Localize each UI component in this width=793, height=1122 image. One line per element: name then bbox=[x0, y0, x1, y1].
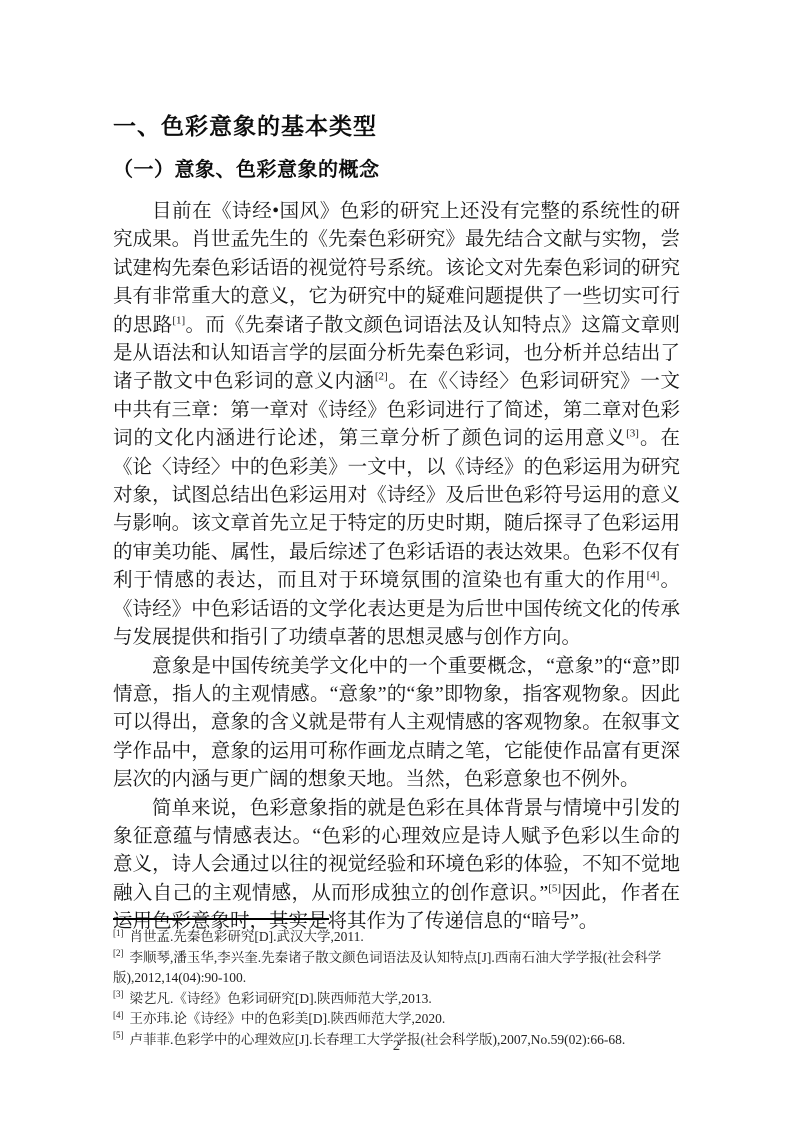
footnote-text: 肖世孟.先秦色彩研究[D].武汉大学,2011. bbox=[130, 929, 364, 944]
footnote-marker: [3] bbox=[113, 989, 124, 999]
subsection-heading: （一）意象、色彩意象的概念 bbox=[113, 159, 680, 182]
footnote: [4]王亦玮.论《诗经》中的色彩美[D].陕西师范大学,2020. bbox=[113, 1009, 680, 1030]
paragraph: 意象是中国传统美学文化中的一个重要概念，“意象”的“意”即情意，指人的主观情感。… bbox=[113, 653, 680, 795]
footnote-marker: [1] bbox=[113, 928, 124, 938]
footnote-ref: [2] bbox=[375, 371, 388, 383]
footnote: [1]肖世孟.先秦色彩研究[D].武汉大学,2011. bbox=[113, 927, 680, 948]
body-paragraphs: 目前在《诗经•国风》色彩的研究上还没有完整的系统性的研究成果。肖世孟先生的《先秦… bbox=[113, 198, 680, 937]
footnote-text: 梁艺凡.《诗经》色彩词研究[D].陕西师范大学,2013. bbox=[130, 991, 432, 1006]
document-body: 一、色彩意象的基本类型 （一）意象、色彩意象的概念 目前在《诗经•国风》色彩的研… bbox=[113, 113, 680, 937]
footnote-area: [1]肖世孟.先秦色彩研究[D].武汉大学,2011.[2]李顺琴,潘玉华,李兴… bbox=[113, 918, 680, 1050]
page: 一、色彩意象的基本类型 （一）意象、色彩意象的概念 目前在《诗经•国风》色彩的研… bbox=[0, 0, 793, 1122]
section-heading: 一、色彩意象的基本类型 bbox=[113, 113, 680, 140]
footnote-separator bbox=[113, 918, 329, 920]
footnote-ref: [4] bbox=[647, 570, 660, 582]
footnote: [2]李顺琴,潘玉华,李兴奎.先秦诸子散文颜色词语法及认知特点[J].西南石油大… bbox=[113, 948, 680, 989]
footnote-text: 王亦玮.论《诗经》中的色彩美[D].陕西师范大学,2020. bbox=[130, 1011, 446, 1026]
footnote-ref: [3] bbox=[626, 428, 639, 440]
paragraph: 简单来说，色彩意象指的就是色彩在具体背景与情境中引发的象征意蕴与情感表达。“色彩… bbox=[113, 795, 680, 937]
footnote-list: [1]肖世孟.先秦色彩研究[D].武汉大学,2011.[2]李顺琴,潘玉华,李兴… bbox=[113, 927, 680, 1050]
footnote-ref: [1] bbox=[172, 314, 185, 326]
page-number: 2 bbox=[0, 1038, 793, 1055]
footnote-ref: [5] bbox=[548, 882, 561, 894]
footnote: [3]梁艺凡.《诗经》色彩词研究[D].陕西师范大学,2013. bbox=[113, 989, 680, 1010]
footnote-marker: [4] bbox=[113, 1010, 124, 1020]
footnote-text: 李顺琴,潘玉华,李兴奎.先秦诸子散文颜色词语法及认知特点[J].西南石油大学学报… bbox=[113, 950, 661, 986]
footnote-marker: [2] bbox=[113, 948, 124, 958]
paragraph: 目前在《诗经•国风》色彩的研究上还没有完整的系统性的研究成果。肖世孟先生的《先秦… bbox=[113, 198, 680, 653]
